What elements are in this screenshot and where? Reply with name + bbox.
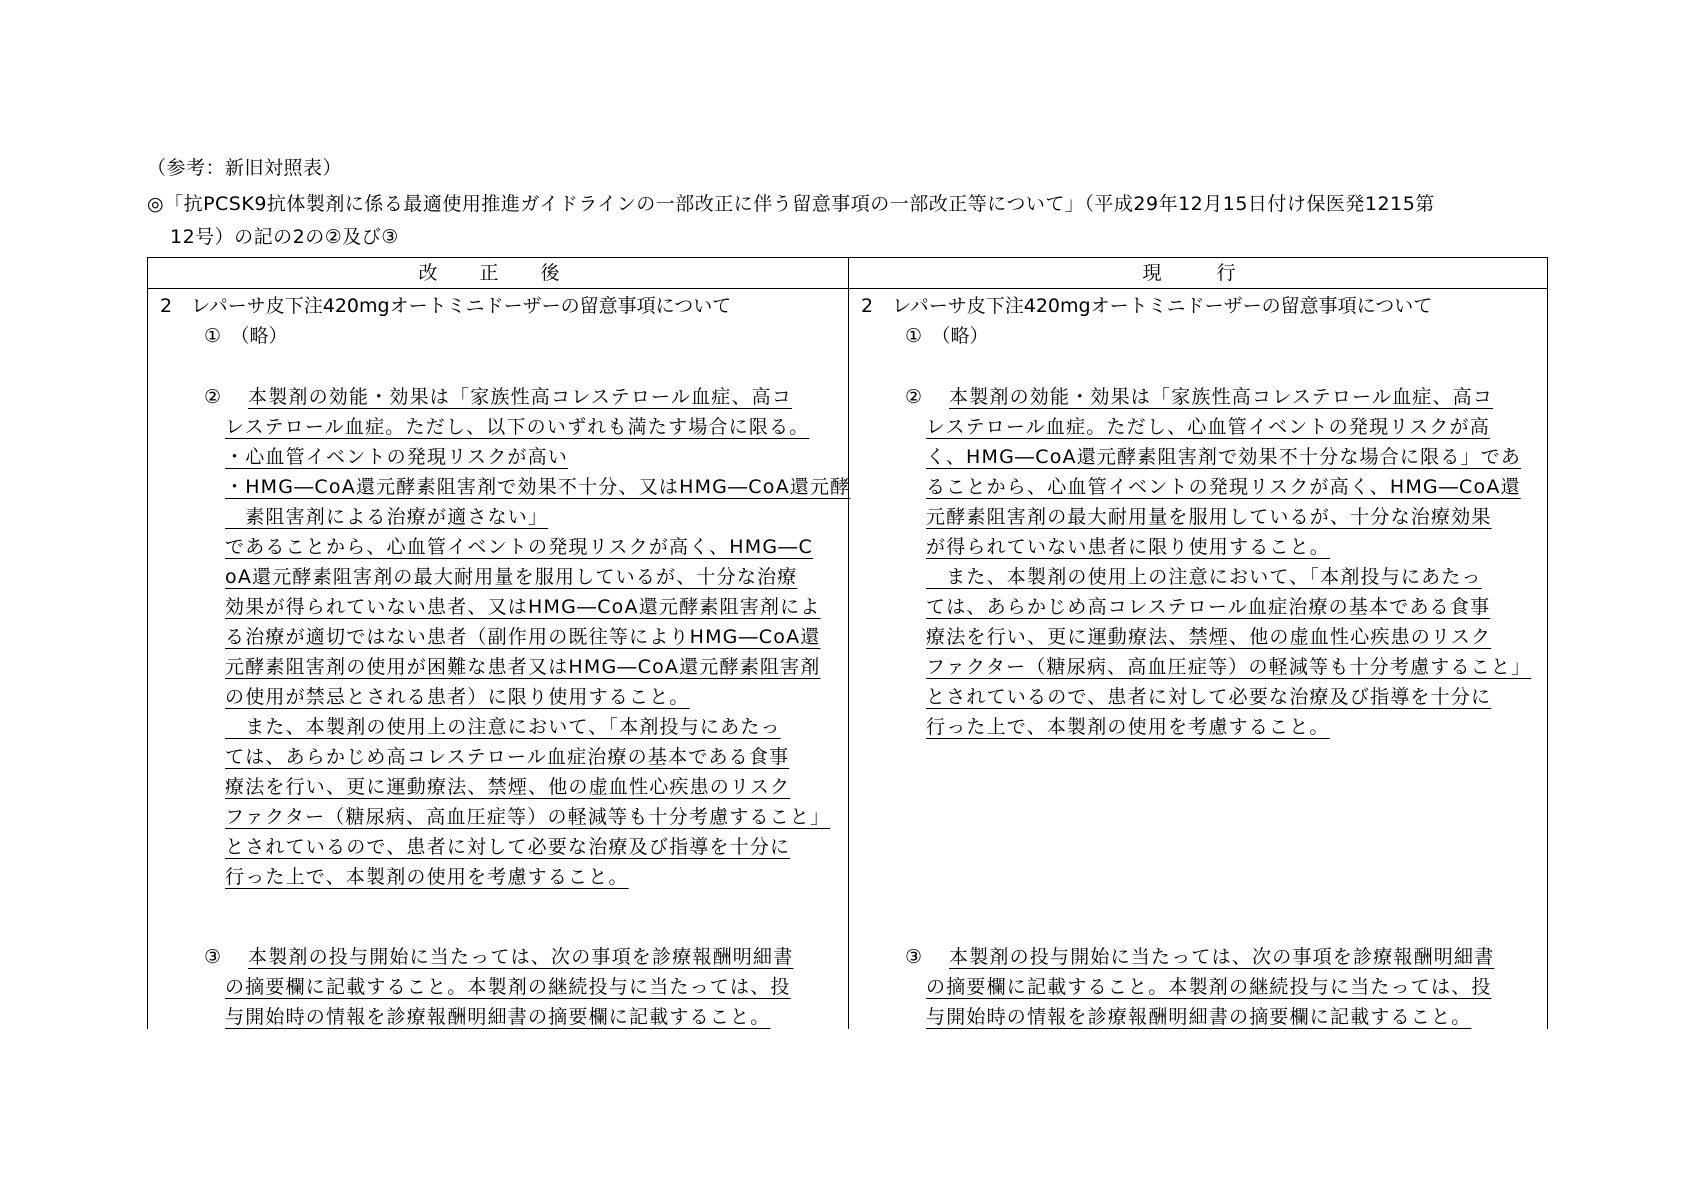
document-title-line-1: ◎「抗PCSK9抗体製剤に係る最適使用推進ガイドラインの一部改正に伴う留意事項の… xyxy=(147,189,1435,219)
item-2-line: 行った上で、本製剤の使用を考慮すること。 xyxy=(926,712,1330,742)
item-2-line: ては、あらかじめ高コレステロール血症治療の基本である食事 xyxy=(225,742,789,772)
document-title-line-2: 12号）の記の2の②及び③ xyxy=(170,222,399,252)
item-2-line: また、本製剤の使用上の注意において、「本剤投与にあたっ xyxy=(926,562,1482,592)
item-3-line: の摘要欄に記載すること。本製剤の継続投与に当たっては、投 xyxy=(926,972,1492,1002)
item-2-line: 元酵素阻害剤の最大耐用量を服用しているが、十分な治療効果 xyxy=(926,502,1492,532)
item-2-line: レステロール血症。ただし、以下のいずれも満たす場合に限る。 xyxy=(225,412,809,442)
item-2-line: 元酵素阻害剤の使用が困難な患者又はHMG―CoA還元酵素阻害剤 xyxy=(225,652,821,682)
item-2-line: また、本製剤の使用上の注意において、「本剤投与にあたっ xyxy=(225,712,781,742)
item-2-line: 素阻害剤による治療が適さない」 xyxy=(225,502,548,532)
item-2-line: 療法を行い、更に運動療法、禁煙、他の虚血性心疾患のリスク xyxy=(225,772,790,802)
item-2-line: ・HMG―CoA還元酵素阻害剤で効果不十分、又はHMG―CoA還元酵 xyxy=(225,472,850,502)
item-2-line: 効果が得られていない患者、又はHMG―CoA還元酵素阻害剤によ xyxy=(225,592,821,622)
section-title: 2 レパーサ皮下注420mgオートミニドーザーの留意事項について xyxy=(861,291,1432,321)
table-border-right xyxy=(1547,257,1548,1029)
item-2-line: く、HMG―CoA還元酵素阻害剤で効果不十分な場合に限る」であ xyxy=(926,442,1521,472)
item-2-line: の使用が禁忌とされる患者）に限り使用すること。 xyxy=(225,682,690,712)
column-heading-current: 現 行 xyxy=(849,258,1547,288)
item-2-line: ファクター（糖尿病、高血圧症等）の軽減等も十分考慮すること」 xyxy=(926,652,1531,682)
item-2-line: とされているので、患者に対して必要な治療及び指導を十分に xyxy=(225,832,790,862)
item-2-line: oA還元酵素阻害剤の最大耐用量を服用しているが、十分な治療 xyxy=(225,562,797,592)
item-3-line: 与開始時の情報を診療報酬明細書の摘要欄に記載すること。 xyxy=(225,1002,770,1032)
item-2-line: ては、あらかじめ高コレステロール血症治療の基本である食事 xyxy=(926,592,1490,622)
item-3-line: 本製剤の投与開始に当たっては、次の事項を診療報酬明細書 xyxy=(248,942,793,972)
item-2-line: ファクター（糖尿病、高血圧症等）の軽減等も十分考慮すること」 xyxy=(225,802,830,832)
table-border-left xyxy=(147,257,148,1029)
item-2-marker: ② xyxy=(905,382,922,412)
item-1-omitted: ① （略） xyxy=(204,321,288,351)
item-3-marker: ③ xyxy=(905,942,922,972)
item-2-line: 療法を行い、更に運動療法、禁煙、他の虚血性心疾患のリスク xyxy=(926,622,1491,652)
item-2-line: る治療が適切ではない患者（副作用の既往等によりHMG―CoA還 xyxy=(225,622,821,652)
item-3-line: の摘要欄に記載すること。本製剤の継続投与に当たっては、投 xyxy=(225,972,791,1002)
item-2-line: であることから、心血管イベントの発現リスクが高く、HMG―C xyxy=(225,532,813,562)
item-2-line: 本製剤の効能・効果は「家族性高コレステロール血症、高コ xyxy=(248,382,792,412)
item-2-line: 本製剤の効能・効果は「家族性高コレステロール血症、高コ xyxy=(949,382,1493,412)
item-2-line: 行った上で、本製剤の使用を考慮すること。 xyxy=(225,862,629,892)
item-3-line: 与開始時の情報を診療報酬明細書の摘要欄に記載すること。 xyxy=(926,1002,1471,1032)
reference-label: （参考：新旧対照表） xyxy=(147,153,342,183)
column-heading-revised: 改 正 後 xyxy=(148,258,848,288)
item-3-marker: ③ xyxy=(204,942,221,972)
item-1-omitted: ① （略） xyxy=(905,321,989,351)
item-2-line: が得られていない患者に限り使用すること。 xyxy=(926,532,1330,562)
item-3-line: 本製剤の投与開始に当たっては、次の事項を診療報酬明細書 xyxy=(949,942,1494,972)
item-2-marker: ② xyxy=(204,382,221,412)
item-2-line: レステロール血症。ただし、心血管イベントの発現リスクが高 xyxy=(926,412,1490,442)
item-2-line: とされているので、患者に対して必要な治療及び指導を十分に xyxy=(926,682,1491,712)
item-2-line: ・心血管イベントの発現リスクが高い xyxy=(225,442,568,472)
item-2-line: ることから、心血管イベントの発現リスクが高く、HMG―CoA還 xyxy=(926,472,1521,502)
section-title: 2 レパーサ皮下注420mgオートミニドーザーの留意事項について xyxy=(160,291,731,321)
table-column-divider xyxy=(848,257,849,1029)
